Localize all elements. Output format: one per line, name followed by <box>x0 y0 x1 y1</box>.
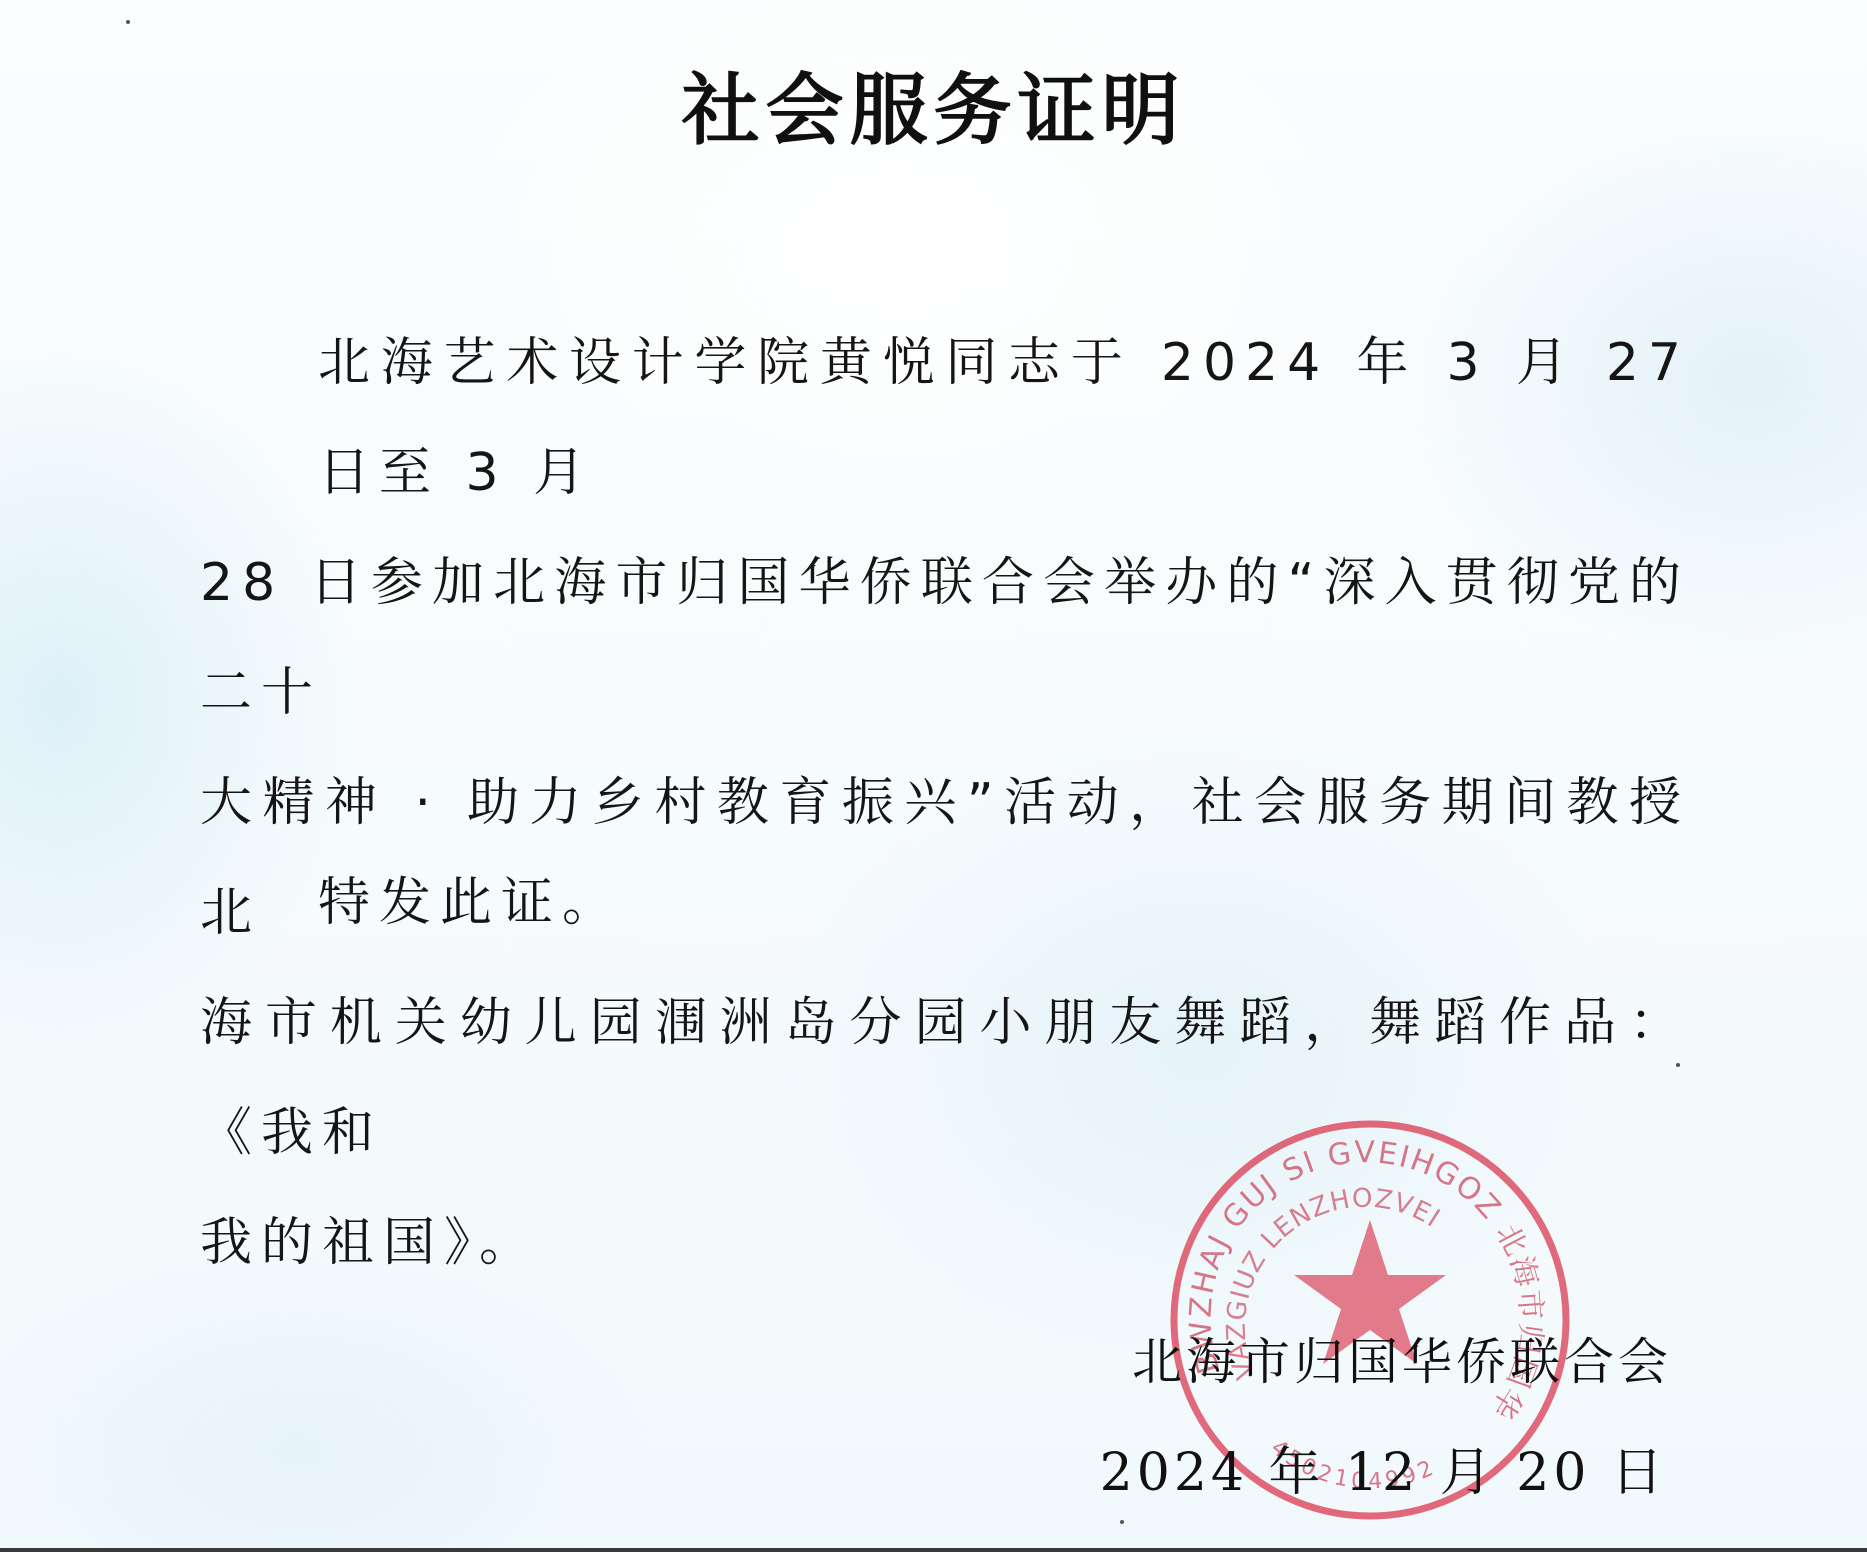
document-title: 社会服务证明 <box>0 48 1867 160</box>
issuer-signature: 北海市归国华侨联合会 <box>1132 1322 1672 1394</box>
scan-speck <box>1120 1520 1124 1524</box>
scan-speck <box>1676 1063 1680 1067</box>
body-line-1: 北海艺术设计学院黄悦同志于 2024 年 3 月 27 日至 3 月 <box>200 308 1690 528</box>
closing-statement: 特发此证。 <box>318 860 623 935</box>
issue-date: 2024 年 12 月 20 日 <box>1100 1430 1667 1505</box>
body-line-2: 28 日参加北海市归国华侨联合会举办的“深入贯彻党的二十 <box>200 528 1690 748</box>
body-line-3: 大精神 · 助力乡村教育振兴”活动，社会服务期间教授北 <box>200 748 1690 968</box>
scan-border <box>0 1548 1867 1552</box>
scan-speck <box>126 20 130 24</box>
